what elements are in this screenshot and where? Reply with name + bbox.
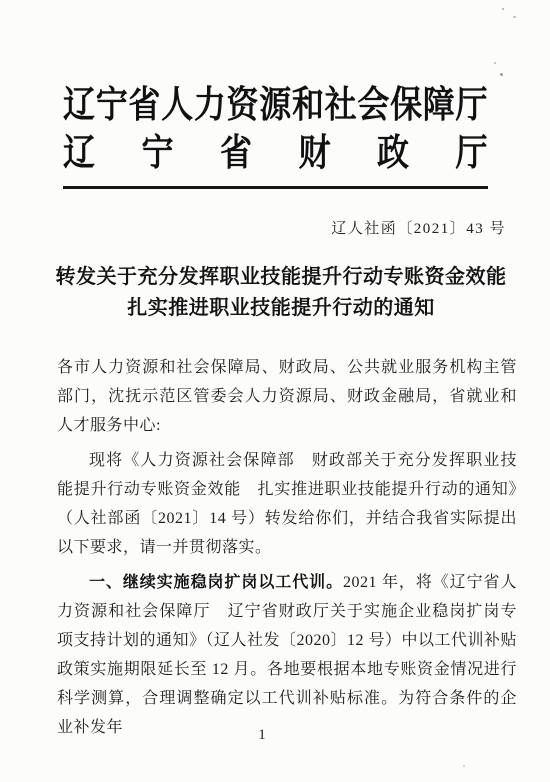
forwarding-paragraph: 现将《人力资源社会保障部 财政部关于充分发挥职业技能提升行动专账资金效能 扎实推…: [57, 446, 517, 562]
forwarding-paragraph-text: 现将《人力资源社会保障部 财政部关于充分发挥职业技能提升行动专账资金效能 扎实推…: [57, 452, 517, 556]
document-title: 转发关于充分发挥职业技能提升行动专账资金效能 扎实推进职业技能提升行动的通知: [45, 262, 517, 324]
org-name-line-2: 辽宁省财政厅: [63, 124, 488, 180]
document-page: 辽宁省人力资源和社会保障厅 辽宁省财政厅 辽人社函〔2021〕43 号 转发关于…: [0, 0, 550, 782]
item-1-text: 2021 年，将《辽宁省人力资源和社会保障厅 辽宁省财政厅关于实施企业稳岗扩岗专…: [57, 574, 517, 736]
document-body: 各市人力资源和社会保障局、财政局、公共就业服务机构主管部门，沈抚示范区管委会人力…: [57, 353, 517, 748]
scan-speck: [502, 8, 504, 10]
doc-number: 辽人社函〔2021〕43 号: [331, 217, 506, 238]
scan-speck: [500, 73, 503, 76]
page-number: 1: [0, 727, 524, 744]
letterhead: 辽宁省人力资源和社会保障厅 辽宁省财政厅: [63, 80, 488, 189]
scan-speck: [513, 16, 516, 18]
item-1-paragraph: 一、继续实施稳岗扩岗以工代训。2021 年，将《辽宁省人力资源和社会保障厅 辽宁…: [57, 568, 517, 742]
scan-speck: [463, 765, 465, 767]
scan-speck: [494, 62, 496, 64]
letterhead-divider: [63, 186, 488, 189]
title-line-1: 转发关于充分发挥职业技能提升行动专账资金效能: [45, 262, 517, 293]
item-1-heading: 一、继续实施稳岗扩岗以工代训。: [89, 574, 343, 591]
addressee-paragraph: 各市人力资源和社会保障局、财政局、公共就业服务机构主管部门，沈抚示范区管委会人力…: [57, 353, 517, 440]
title-line-2: 扎实推进职业技能提升行动的通知: [45, 293, 517, 324]
